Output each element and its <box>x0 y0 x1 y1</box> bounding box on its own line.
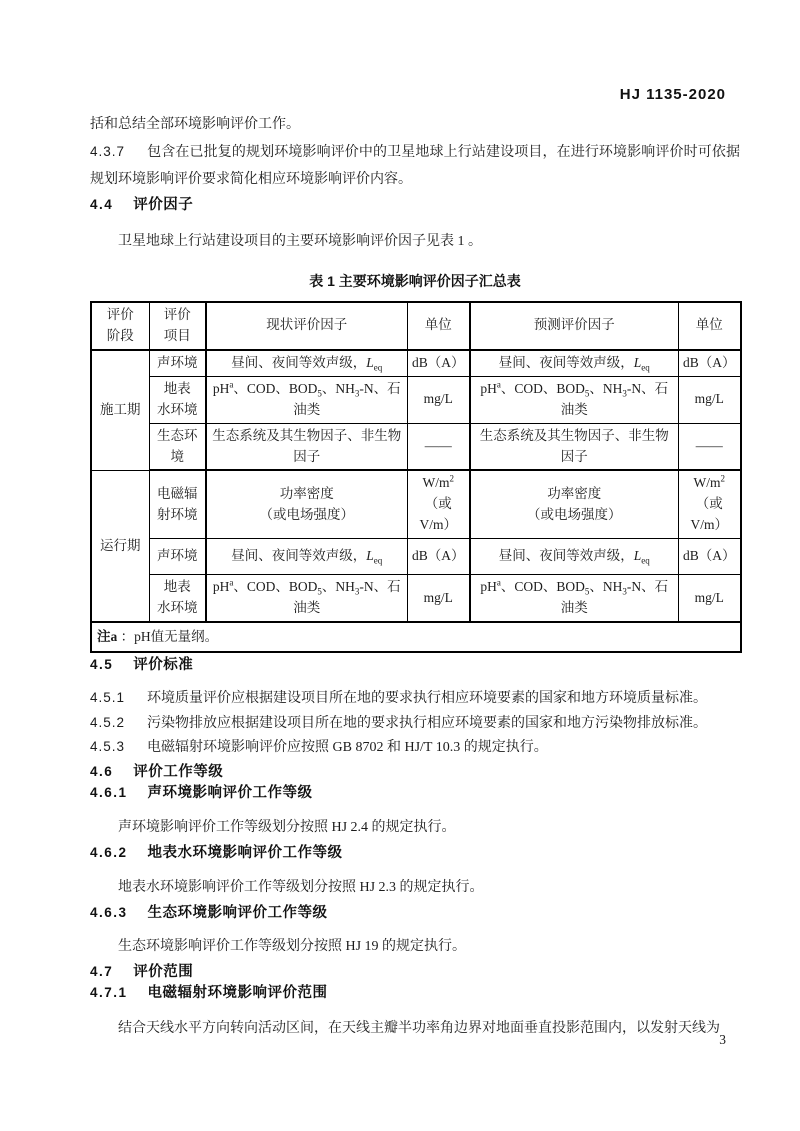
clause-number: 4.5.3 <box>90 739 125 754</box>
heading-title: 评价因子 <box>133 197 193 213</box>
unit-cell: —— <box>407 423 470 470</box>
clause-number: 4.5.1 <box>90 690 125 705</box>
heading-title: 评价范围 <box>133 964 193 980</box>
standard-number: HJ 1135-2020 <box>620 86 726 103</box>
unit-cell: W/m2（或V/m） <box>678 470 741 538</box>
item-cell: 声环境 <box>149 350 206 376</box>
clause-4-3-7: 4.3.7包含在已批复的规划环境影响评价中的卫星地球上行站建设项目，在进行环境影… <box>90 138 740 193</box>
unit-cell: mg/L <box>678 376 741 423</box>
heading-number: 4.6.1 <box>90 785 128 800</box>
heading-title: 评价标准 <box>133 657 193 673</box>
current-factor-cell: 昼间、夜间等效声级，Leq <box>206 350 407 376</box>
document-page: HJ 1135-2020 括和总结全部环境影响评价工作。 4.3.7包含在已批复… <box>0 0 800 1131</box>
heading-4-7-1: 4.7.1电磁辐射环境影响评价范围 <box>90 981 740 1002</box>
item-cell: 地表水环境 <box>149 575 206 622</box>
heading-4-7: 4.7评价范围 <box>90 960 740 981</box>
clause-4-5-1: 4.5.1环境质量评价应根据建设项目所在地的要求执行相应环境要素的国家和地方环境… <box>90 686 740 711</box>
item-cell: 地表水环境 <box>149 376 206 423</box>
heading-4-6-3: 4.6.3生态环境影响评价工作等级 <box>90 901 740 922</box>
paragraph-4-4: 卫星地球上行站建设项目的主要环境影响评价因子见表 1 。 <box>90 229 740 255</box>
paragraph-4-6-2: 地表水环境影响评价工作等级划分按照 HJ 2.3 的规定执行。 <box>90 875 740 901</box>
column-header: 预测评价因子 <box>470 302 678 350</box>
heading-title: 电磁辐射环境影响评价范围 <box>148 985 328 1001</box>
heading-title: 生态环境影响评价工作等级 <box>148 905 328 921</box>
clause-text: 环境质量评价应根据建设项目所在地的要求执行相应环境要素的国家和地方环境质量标准。 <box>147 691 707 706</box>
predicted-factor-cell: pHa、COD、BOD5、NH3-N、石油类 <box>470 376 678 423</box>
heading-number: 4.5 <box>90 657 113 672</box>
unit-cell: mg/L <box>407 376 470 423</box>
phase-cell: 施工期 <box>91 350 149 471</box>
heading-4-4: 4.4评价因子 <box>90 193 740 214</box>
column-header: 现状评价因子 <box>206 302 407 350</box>
item-cell: 生态环境 <box>149 423 206 470</box>
column-header: 评价阶段 <box>91 302 149 350</box>
heading-title: 声环境影响评价工作等级 <box>148 785 313 801</box>
unit-cell: —— <box>678 423 741 470</box>
item-cell: 电磁辐射环境 <box>149 470 206 538</box>
clause-text: 包含在已批复的规划环境影响评价中的卫星地球上行站建设项目，在进行环境影响评价时可… <box>90 145 740 187</box>
heading-4-5: 4.5评价标准 <box>90 653 740 674</box>
note-text: ：pH值无量纲。 <box>117 629 218 644</box>
predicted-factor-cell: pHa、COD、BOD5、NH3-N、石油类 <box>470 575 678 622</box>
page-content: 括和总结全部环境影响评价工作。 4.3.7包含在已批复的规划环境影响评价中的卫星… <box>90 112 740 1042</box>
unit-cell: dB（A） <box>678 350 741 376</box>
heading-title: 地表水环境影响评价工作等级 <box>148 845 343 861</box>
paragraph-carryover: 括和总结全部环境影响评价工作。 <box>90 112 740 138</box>
paragraph-4-7-1: 结合天线水平方向转向活动区间，在天线主瓣半功率角边界对地面垂直投影范围内，以发射… <box>90 1016 740 1042</box>
current-factor-cell: pHa、COD、BOD5、NH3-N、石油类 <box>206 376 407 423</box>
current-factor-cell: 昼间、夜间等效声级，Leq <box>206 539 407 575</box>
column-header: 单位 <box>407 302 470 350</box>
note-label: 注a <box>97 629 117 644</box>
factors-table: 评价阶段评价项目现状评价因子单位预测评价因子单位 施工期声环境昼间、夜间等效声级… <box>90 301 742 653</box>
unit-cell: mg/L <box>407 575 470 622</box>
unit-cell: mg/L <box>678 575 741 622</box>
factors-table-header: 评价阶段评价项目现状评价因子单位预测评价因子单位 <box>91 302 741 350</box>
predicted-factor-cell: 生态系统及其生物因子、非生物因子 <box>470 423 678 470</box>
predicted-factor-cell: 昼间、夜间等效声级，Leq <box>470 539 678 575</box>
current-factor-cell: 功率密度（或电场强度） <box>206 470 407 538</box>
heading-number: 4.7 <box>90 964 113 979</box>
heading-title: 评价工作等级 <box>133 764 223 780</box>
factors-table-body: 施工期声环境昼间、夜间等效声级，LeqdB（A）昼间、夜间等效声级，LeqdB（… <box>91 350 741 652</box>
heading-number: 4.7.1 <box>90 985 128 1000</box>
clause-text: 污染物排放应根据建设项目所在地的要求执行相应环境要素的国家和地方污染物排放标准。 <box>147 716 707 731</box>
unit-cell: W/m2（或V/m） <box>407 470 470 538</box>
heading-4-6: 4.6评价工作等级 <box>90 760 740 781</box>
clause-number: 4.5.2 <box>90 715 125 730</box>
current-factor-cell: pHa、COD、BOD5、NH3-N、石油类 <box>206 575 407 622</box>
column-header: 评价项目 <box>149 302 206 350</box>
heading-number: 4.6.3 <box>90 905 128 920</box>
page-number: 3 <box>719 1032 726 1048</box>
unit-cell: dB（A） <box>407 539 470 575</box>
paragraph-4-6-3: 生态环境影响评价工作等级划分按照 HJ 19 的规定执行。 <box>90 934 740 960</box>
column-header: 单位 <box>678 302 741 350</box>
heading-4-6-1: 4.6.1声环境影响评价工作等级 <box>90 781 740 802</box>
unit-cell: dB（A） <box>407 350 470 376</box>
clause-4-5-2: 4.5.2污染物排放应根据建设项目所在地的要求执行相应环境要素的国家和地方污染物… <box>90 711 740 736</box>
current-factor-cell: 生态系统及其生物因子、非生物因子 <box>206 423 407 470</box>
heading-number: 4.6 <box>90 764 113 779</box>
clause-4-5-3: 4.5.3电磁辐射环境影响评价应按照 GB 8702 和 HJ/T 10.3 的… <box>90 735 740 760</box>
table-note: 注a ：pH值无量纲。 <box>91 622 741 652</box>
clause-number: 4.3.7 <box>90 144 125 159</box>
heading-4-6-2: 4.6.2地表水环境影响评价工作等级 <box>90 841 740 862</box>
item-cell: 声环境 <box>149 539 206 575</box>
heading-number: 4.6.2 <box>90 845 128 860</box>
phase-cell: 运行期 <box>91 470 149 622</box>
table-title: 表 1 主要环境影响评价因子汇总表 <box>90 271 740 291</box>
predicted-factor-cell: 功率密度（或电场强度） <box>470 470 678 538</box>
heading-number: 4.4 <box>90 197 113 212</box>
predicted-factor-cell: 昼间、夜间等效声级，Leq <box>470 350 678 376</box>
clause-text: 电磁辐射环境影响评价应按照 GB 8702 和 HJ/T 10.3 的规定执行。 <box>147 740 548 755</box>
unit-cell: dB（A） <box>678 539 741 575</box>
paragraph-4-6-1: 声环境影响评价工作等级划分按照 HJ 2.4 的规定执行。 <box>90 815 740 841</box>
